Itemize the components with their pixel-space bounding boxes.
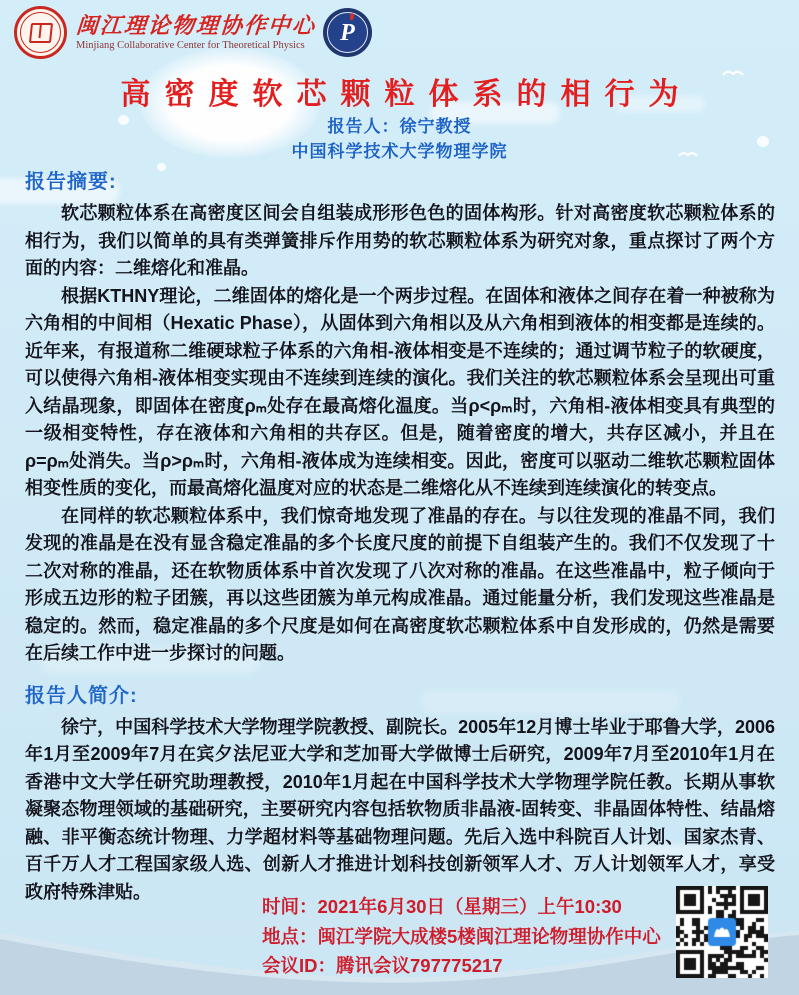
header: 闽江理论物理协作中心 Minjiang Collaborative Center…	[14, 6, 372, 59]
speaker-affiliation: 中国科学技术大学物理学院	[0, 137, 799, 162]
org-name-block: 闽江理论物理协作中心 Minjiang Collaborative Center…	[76, 14, 316, 52]
bio-paragraph: 徐宁，中国科学技术大学物理学院教授、副院长。2005年12月博士毕业于耶鲁大学，…	[25, 714, 775, 907]
org-name-chinese: 闽江理论物理协作中心	[75, 14, 317, 38]
emblem-inner-ring: P	[327, 12, 368, 53]
speaker-line: 报告人：徐宁教授	[0, 112, 799, 137]
abstract-heading: 报告摘要:	[25, 165, 775, 194]
book-icon	[29, 23, 53, 43]
seminar-poster: 闽江理论物理协作中心 Minjiang Collaborative Center…	[0, 0, 799, 995]
event-time: 时间：2021年6月30日（星期三）上午10:30	[262, 892, 661, 922]
event-details: 时间：2021年6月30日（星期三）上午10:30 地点：闽江学院大成楼5楼闽江…	[262, 892, 661, 981]
abstract-paragraph: 在同样的软芯颗粒体系中，我们惊奇地发现了准晶的存在。与以往发现的准晶不同，我们发…	[25, 503, 775, 668]
abstract-paragraph: 根据KTHNY理论，二维固体的熔化是一个两步过程。在固体和液体之间存在着一种被称…	[25, 283, 775, 503]
event-location: 地点：闽江学院大成楼5楼闽江理论物理协作中心	[262, 922, 661, 952]
emblem-letter-p: P	[340, 21, 355, 45]
main-content: 报告摘要: 软芯颗粒体系在高密度区间会自组装成形形色色的固体构形。针对高密度软芯…	[25, 165, 775, 906]
physics-center-emblem-icon: P	[323, 8, 372, 57]
flame-icon	[350, 13, 354, 20]
tencent-meeting-qr-code	[676, 886, 768, 978]
abstract-paragraph: 软芯颗粒体系在高密度区间会自组装成形形色色的固体构形。针对高密度软芯颗粒体系的相…	[25, 200, 775, 283]
poster-title: 高密度软芯颗粒体系的相行为	[0, 69, 799, 113]
org-name-english: Minjiang Collaborative Center for Theore…	[76, 39, 316, 52]
minjiang-university-seal-icon	[14, 6, 67, 59]
bio-heading: 报告人简介:	[25, 679, 775, 708]
event-meeting-id: 会议ID：腾讯会议797775217	[262, 951, 661, 981]
